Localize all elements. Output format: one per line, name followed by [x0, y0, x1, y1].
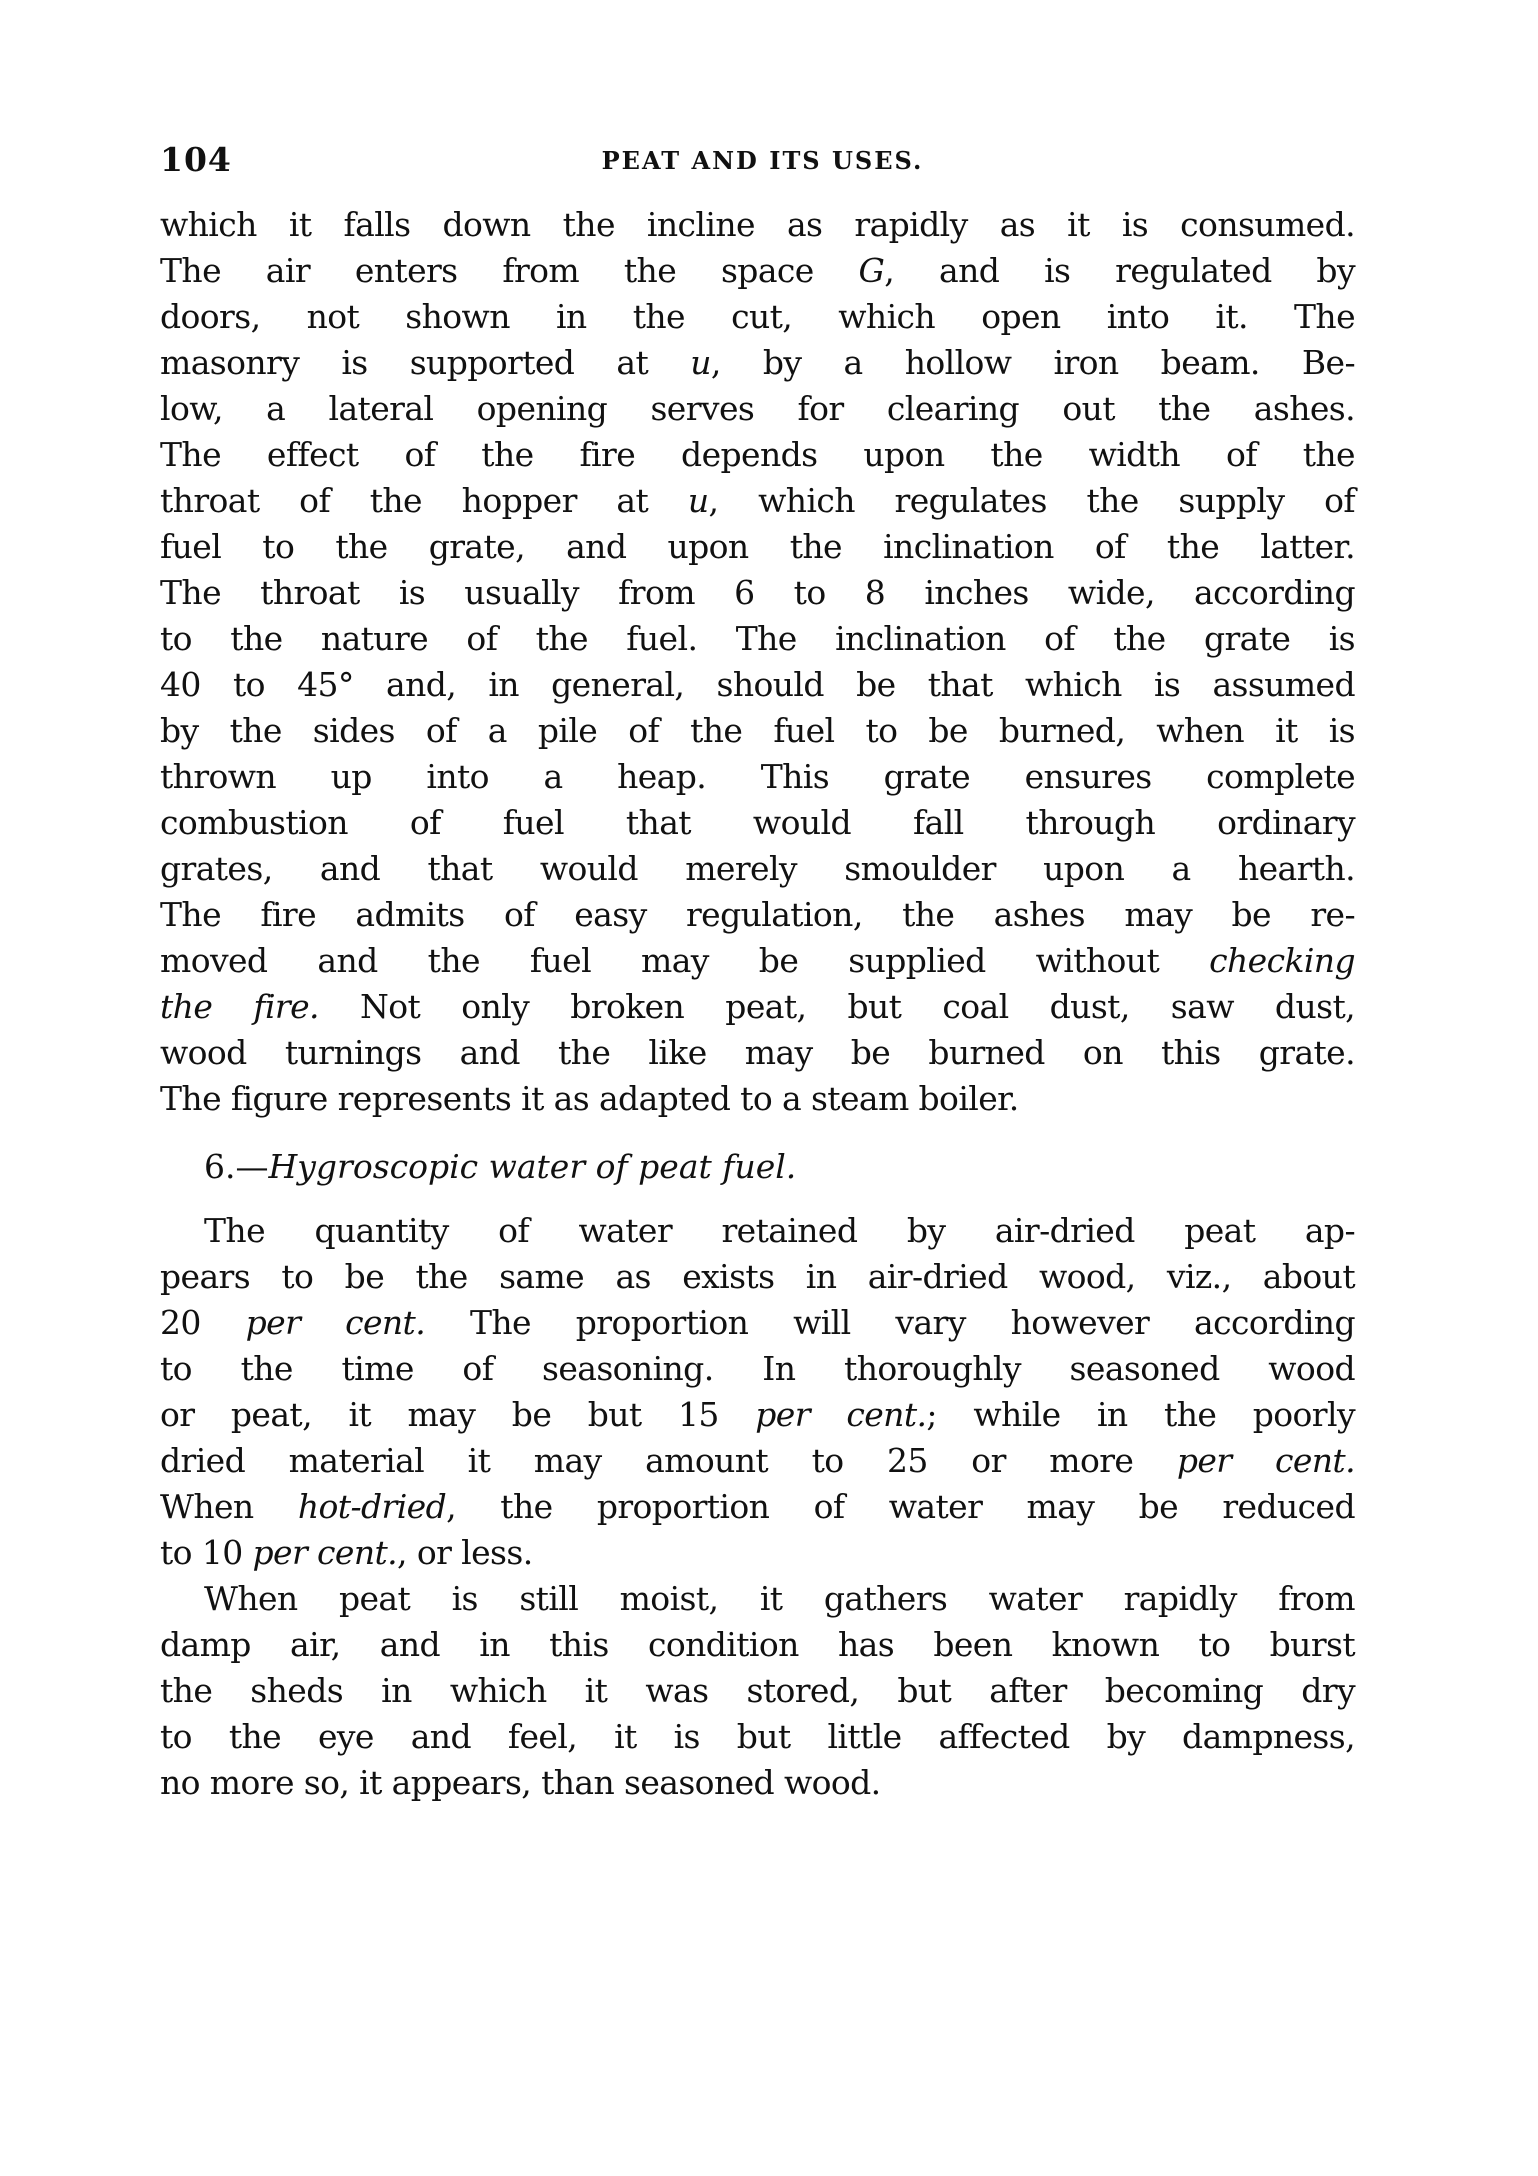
- section-number: 6.—: [204, 1147, 269, 1186]
- text-fragment: The air enters from the space: [160, 251, 859, 290]
- text-line: 20 per cent. The proportion will vary ho…: [160, 1300, 1355, 1346]
- text-line: to the time of seasoning. In thoroughly …: [160, 1346, 1355, 1392]
- text-line: to the nature of the fuel. The inclinati…: [160, 616, 1355, 662]
- paragraph-moisture-absorption: When peat is still moist, it gathers wat…: [160, 1576, 1355, 1806]
- text-fragment: , by a hollow iron beam. Be-: [711, 343, 1355, 382]
- text-fragment: moved and the fuel may be supplied witho…: [160, 941, 1209, 980]
- text-line: dried material it may amount to 25 or mo…: [160, 1438, 1355, 1484]
- text-fragment: masonry is supported at: [160, 343, 690, 382]
- text-line: low, a lateral opening serves for cleari…: [160, 386, 1355, 432]
- paragraph-grate-description: which it falls down the incline as rapid…: [160, 202, 1355, 1122]
- italic-phrase: checking: [1209, 941, 1355, 980]
- text-fragment: Not only broken peat, but coal dust, saw…: [319, 987, 1355, 1026]
- text-line: which it falls down the incline as rapid…: [160, 202, 1355, 248]
- text-fragment: to 10: [160, 1533, 253, 1572]
- section-heading: 6.—Hygroscopic water of peat fuel.: [160, 1144, 1355, 1190]
- text-fragment: or peat, it may be but 15: [160, 1395, 755, 1434]
- italic-letter-u: u: [690, 343, 711, 382]
- italic-letter-u: u: [688, 481, 709, 520]
- text-line: The air enters from the space G, and is …: [160, 248, 1355, 294]
- text-fragment: , or less.: [397, 1533, 533, 1572]
- text-line: thrown up into a heap. This grate ensure…: [160, 754, 1355, 800]
- text-line: The throat is usually from 6 to 8 inches…: [160, 570, 1355, 616]
- text-line: moved and the fuel may be supplied witho…: [160, 938, 1355, 984]
- text-line: The figure represents it as adapted to a…: [160, 1076, 1355, 1122]
- italic-phrase: hot-dried: [298, 1487, 446, 1526]
- text-line: The quantity of water retained by air-dr…: [160, 1208, 1355, 1254]
- italic-phrase: per cent.: [755, 1395, 926, 1434]
- text-line: grates, and that would merely smoulder u…: [160, 846, 1355, 892]
- text-line: When peat is still moist, it gathers wat…: [160, 1576, 1355, 1622]
- section-title: Hygroscopic water of peat fuel.: [269, 1147, 797, 1186]
- text-line: to the eye and feel, it is but little af…: [160, 1714, 1355, 1760]
- text-fragment: When: [160, 1487, 298, 1526]
- text-line: combustion of fuel that would fall throu…: [160, 800, 1355, 846]
- italic-letter-g: G: [859, 251, 885, 290]
- text-fragment: The proportion will vary however accordi…: [425, 1303, 1355, 1342]
- text-line: to 10 per cent., or less.: [160, 1530, 1355, 1576]
- italic-phrase: per cent.: [1177, 1441, 1355, 1480]
- text-line: fuel to the grate, and upon the inclinat…: [160, 524, 1355, 570]
- text-fragment: dried material it may amount to 25 or mo…: [160, 1441, 1177, 1480]
- text-line: throat of the hopper at u, which regulat…: [160, 478, 1355, 524]
- text-fragment: ; while in the poorly: [926, 1395, 1355, 1434]
- italic-phrase: per cent.: [246, 1303, 425, 1342]
- text-line: 40 to 45° and, in general, should be tha…: [160, 662, 1355, 708]
- text-line: The effect of the fire depends upon the …: [160, 432, 1355, 478]
- text-line: doors, not shown in the cut, which open …: [160, 294, 1355, 340]
- book-page: 104 PEAT AND ITS USES. which it falls do…: [160, 140, 1355, 1806]
- text-line: damp air, and in this condition has been…: [160, 1622, 1355, 1668]
- text-fragment: 20: [160, 1303, 246, 1342]
- italic-phrase: the fire.: [160, 987, 319, 1026]
- text-line: The fire admits of easy regulation, the …: [160, 892, 1355, 938]
- text-fragment: , which regulates the supply of: [709, 481, 1356, 520]
- paragraph-water-quantity: The quantity of water retained by air-dr…: [160, 1208, 1355, 1576]
- text-line: no more so, it appears, than seasoned wo…: [160, 1760, 1355, 1806]
- running-header: 104 PEAT AND ITS USES.: [160, 140, 1355, 190]
- text-line: pears to be the same as exists in air-dr…: [160, 1254, 1355, 1300]
- text-line: the sheds in which it was stored, but af…: [160, 1668, 1355, 1714]
- text-line: masonry is supported at u, by a hollow i…: [160, 340, 1355, 386]
- text-line: or peat, it may be but 15 per cent.; whi…: [160, 1392, 1355, 1438]
- text-fragment: , the proportion of water may be reduced: [446, 1487, 1355, 1526]
- running-title: PEAT AND ITS USES.: [160, 146, 1355, 175]
- text-line: the fire. Not only broken peat, but coal…: [160, 984, 1355, 1030]
- text-line: When hot-dried, the proportion of water …: [160, 1484, 1355, 1530]
- text-fragment: throat of the hopper at: [160, 481, 688, 520]
- text-line: wood turnings and the like may be burned…: [160, 1030, 1355, 1076]
- text-line: by the sides of a pile of the fuel to be…: [160, 708, 1355, 754]
- text-fragment: , and is regulated by: [884, 251, 1355, 290]
- italic-phrase: per cent.: [253, 1533, 398, 1572]
